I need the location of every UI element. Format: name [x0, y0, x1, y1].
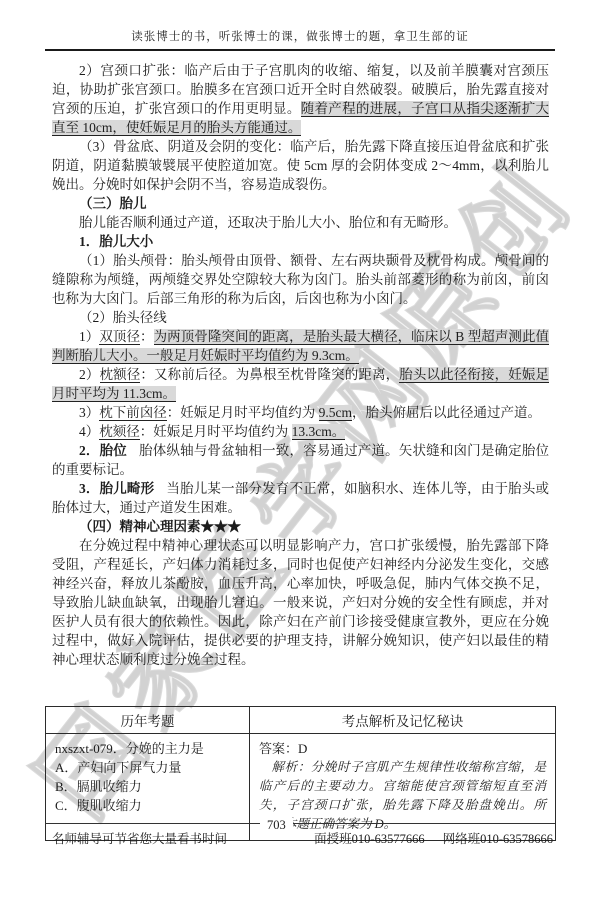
para-suboccipitobregmatic-diameter: 3）枕下前囟径：妊娠足月时平均值约为 9.5cm，胎头俯屈后以此径通过产道。 [52, 403, 549, 422]
para-fetus-intro: 胎儿能否顺利通过产道，还取决于胎儿大小、胎位和有无畸形。 [52, 213, 549, 232]
para-occipitomental-diameter: 4）枕颏径：妊娠足月时平均值约为 13.3cm。 [52, 422, 549, 441]
question-stem: nxszxt-079．分娩的主力是 [55, 739, 240, 758]
column-header-analysis: 考点解析及记忆秘诀 [250, 707, 556, 734]
term-occipitomental: 枕颏径 [99, 424, 140, 440]
question-option-a: A．产妇向下屏气力量 [55, 758, 240, 777]
suboccipitobregmatic-value: 9.5cm [319, 405, 352, 421]
body-text: 2）宫颈口扩张：临产后由于子宫肌肉的收缩、缩复，以及前羊膜囊对宫颈压迫，协助扩张… [52, 61, 549, 669]
page-number: 703 [260, 818, 293, 833]
label-fetal-position: 2．胎位 [79, 443, 127, 458]
heading-fetus: （三）胎儿 [52, 194, 549, 213]
cell-analysis: 答案：D 解析：分娩时子宫肌产生规律性收缩称宫缩，是临产后的主要动力。宫缩能使宫… [250, 734, 556, 841]
footer-contacts: 面授班010-63577666网络班010-63578666 [296, 829, 553, 847]
cell-question: nxszxt-079．分娩的主力是 A．产妇向下屏气力量 B．膈肌收缩力 C．腹… [46, 734, 250, 841]
heading-fetal-size: 1．胎儿大小 [52, 232, 549, 251]
heading-head-diameters: （2）胎头径线 [52, 308, 549, 327]
occipitomental-value: 13.3cm。 [292, 424, 346, 440]
footer-phone-online: 网络班010-63578666 [443, 832, 553, 846]
question-option-b: B．膈肌收缩力 [55, 777, 240, 796]
page-header-slogan: 读张博士的书，听张博士的课，做张博士的题，拿卫生部的证 [0, 28, 600, 44]
para-cervix-dilation: 2）宫颈口扩张：临产后由于子宫肌肉的收缩、缩复，以及前羊膜囊对宫颈压迫，协助扩张… [52, 61, 549, 137]
textbook-page: 国家医学网原创 读张博士的书，听张博士的课，做张博士的题，拿卫生部的证 2）宫颈… [0, 0, 600, 912]
term-suboccipitobregmatic: 枕下前囟径 [99, 405, 167, 421]
answer-line: 答案：D [259, 739, 546, 758]
term-biparietal: 双顶径 [99, 329, 140, 345]
para-biparietal-diameter: 1）双顶径：为两顶骨隆突间的距离，是胎头最大横径，临床以 B 型超声测此值判断胎… [52, 327, 549, 365]
footer-phone-onsite: 面授班010-63577666 [314, 832, 424, 846]
label-fetal-malformation: 3．胎儿畸形 [79, 481, 154, 496]
exam-review-table: 历年考题 考点解析及记忆秘诀 nxszxt-079．分娩的主力是 A．产妇向下屏… [45, 706, 556, 841]
table-header-row: 历年考题 考点解析及记忆秘诀 [46, 707, 556, 734]
footer-slogan: 名师辅导可节省您大量看书时间 [52, 829, 227, 847]
para-occipitofrontal-diameter: 2）枕额径：又称前后径。为鼻根至枕骨隆突的距离，胎头以此径衔接，妊娠足月时平均为… [52, 365, 549, 403]
para-fetal-position: 2．胎位胎体纵轴与骨盆轴相一致，容易通过产道。矢状缝和囟门是确定胎位的重要标记。 [52, 441, 549, 479]
para-pelvic-floor: （3）骨盆底、阴道及会阴的变化：临产后，胎先露下降直接压迫骨盆底和扩张阴道，阴道… [52, 137, 549, 194]
term-occipitofrontal: 枕额径 [100, 367, 141, 383]
para-psychological-factors: 在分娩过程中精神心理状态可以明显影响产力，宫口扩张缓慢，胎先露部下降受阻，产程延… [52, 536, 549, 669]
header-rule [45, 49, 555, 51]
footer-rule [45, 823, 555, 824]
para-skull: （1）胎头颅骨：胎头颅骨由顶骨、额骨、左右两块颞骨及枕骨构成。颅骨间的缝隙称为颅… [52, 251, 549, 308]
heading-psychological-factors: （四）精神心理因素★★★ [52, 517, 549, 536]
table-body-row: nxszxt-079．分娩的主力是 A．产妇向下屏气力量 B．膈肌收缩力 C．腹… [46, 734, 556, 841]
question-option-c: C．腹肌收缩力 [55, 796, 240, 815]
column-header-past-questions: 历年考题 [46, 707, 250, 734]
para-fetal-malformation: 3．胎儿畸形当胎儿某一部分发育不正常，如脑积水、连体儿等，由于胎头或胎体过大，通… [52, 479, 549, 517]
